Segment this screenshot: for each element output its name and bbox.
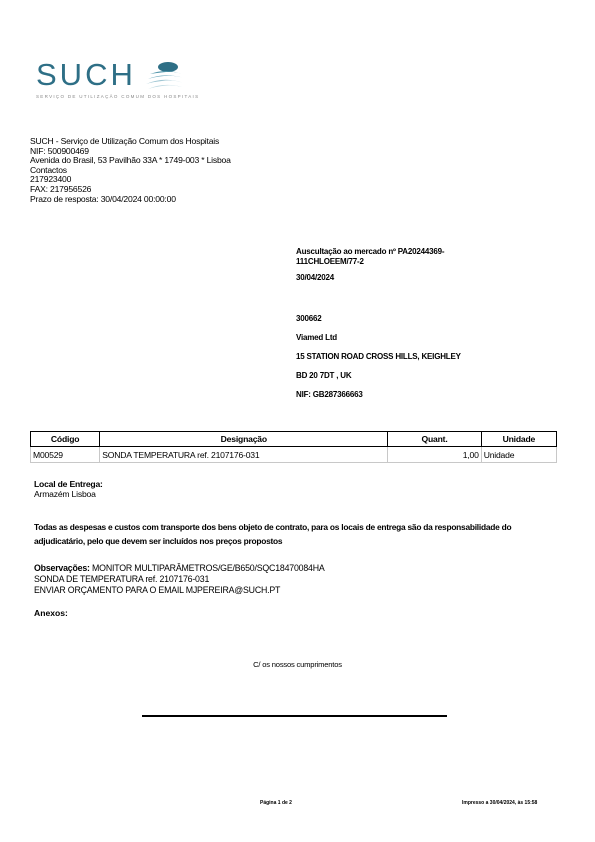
page-number: Página 1 de 2 [260,800,292,806]
reference-date: 30/04/2024 [296,273,334,282]
table-header-row: Código Designação Quant. Unidade [31,432,557,447]
col-code: Código [31,432,100,447]
table-row: M00529 SONDA TEMPERATURA ref. 2107176-03… [31,447,557,463]
recipient-nif: NIF: GB287366663 [296,385,461,404]
logo-wordmark: SUCH [36,58,136,92]
delivery-location: Local de Entrega: Armazém Lisboa [34,479,103,499]
cell-designation: SONDA TEMPERATURA ref. 2107176-031 [100,447,388,463]
response-deadline: Prazo de resposta: 30/04/2024 00:00:00 [30,195,231,205]
transport-costs-note: Todas as despesas e custos com transport… [34,520,559,548]
signature-line [142,715,447,717]
observations-label: Observações: [34,563,90,573]
recipient-postcode: BD 20 7DT , UK [296,366,461,385]
observation-line-2: SONDA DE TEMPERATURA ref. 2107176-031 [34,574,325,585]
cell-unit: Unidade [481,447,556,463]
closing-greeting: C/ os nossos cumprimentos [0,660,595,669]
delivery-value: Armazém Lisboa [34,489,103,499]
such-logo: SUCH SERVIÇO DE UTILIZAÇÃO COMUM DOS HOS… [36,58,186,103]
col-quantity: Quant. [388,432,481,447]
items-table: Código Designação Quant. Unidade M00529 … [30,431,557,463]
recipient-street: 15 STATION ROAD CROSS HILLS, KEIGHLEY [296,347,461,366]
recipient-name: Viamed Ltd [296,328,461,347]
printed-timestamp: Impresso a 30/04/2024, às 15:58 [462,800,537,806]
cell-quantity: 1,00 [388,447,481,463]
waves-logo-icon [144,60,186,92]
logo-subtitle: SERVIÇO DE UTILIZAÇÃO COMUM DOS HOSPITAI… [36,94,199,99]
observation-line-3: ENVIAR ORÇAMENTO PARA O EMAIL MJPEREIRA@… [34,585,325,596]
col-unit: Unidade [481,432,556,447]
delivery-label: Local de Entrega: [34,479,103,489]
market-consultation-reference: Auscultação ao mercado nº PA20244369-111… [296,247,496,266]
recipient-code: 300662 [296,309,461,328]
cell-code: M00529 [31,447,100,463]
observation-line-1: MONITOR MULTIPARÂMETROS/GE/B650/SQC18470… [92,563,325,573]
recipient-block: 300662 Viamed Ltd 15 STATION ROAD CROSS … [296,309,461,404]
annexes-label: Anexos: [34,608,68,618]
observations-block: Observações: MONITOR MULTIPARÂMETROS/GE/… [34,563,325,596]
col-designation: Designação [100,432,388,447]
sender-block: SUCH - Serviço de Utilização Comum dos H… [30,137,231,204]
